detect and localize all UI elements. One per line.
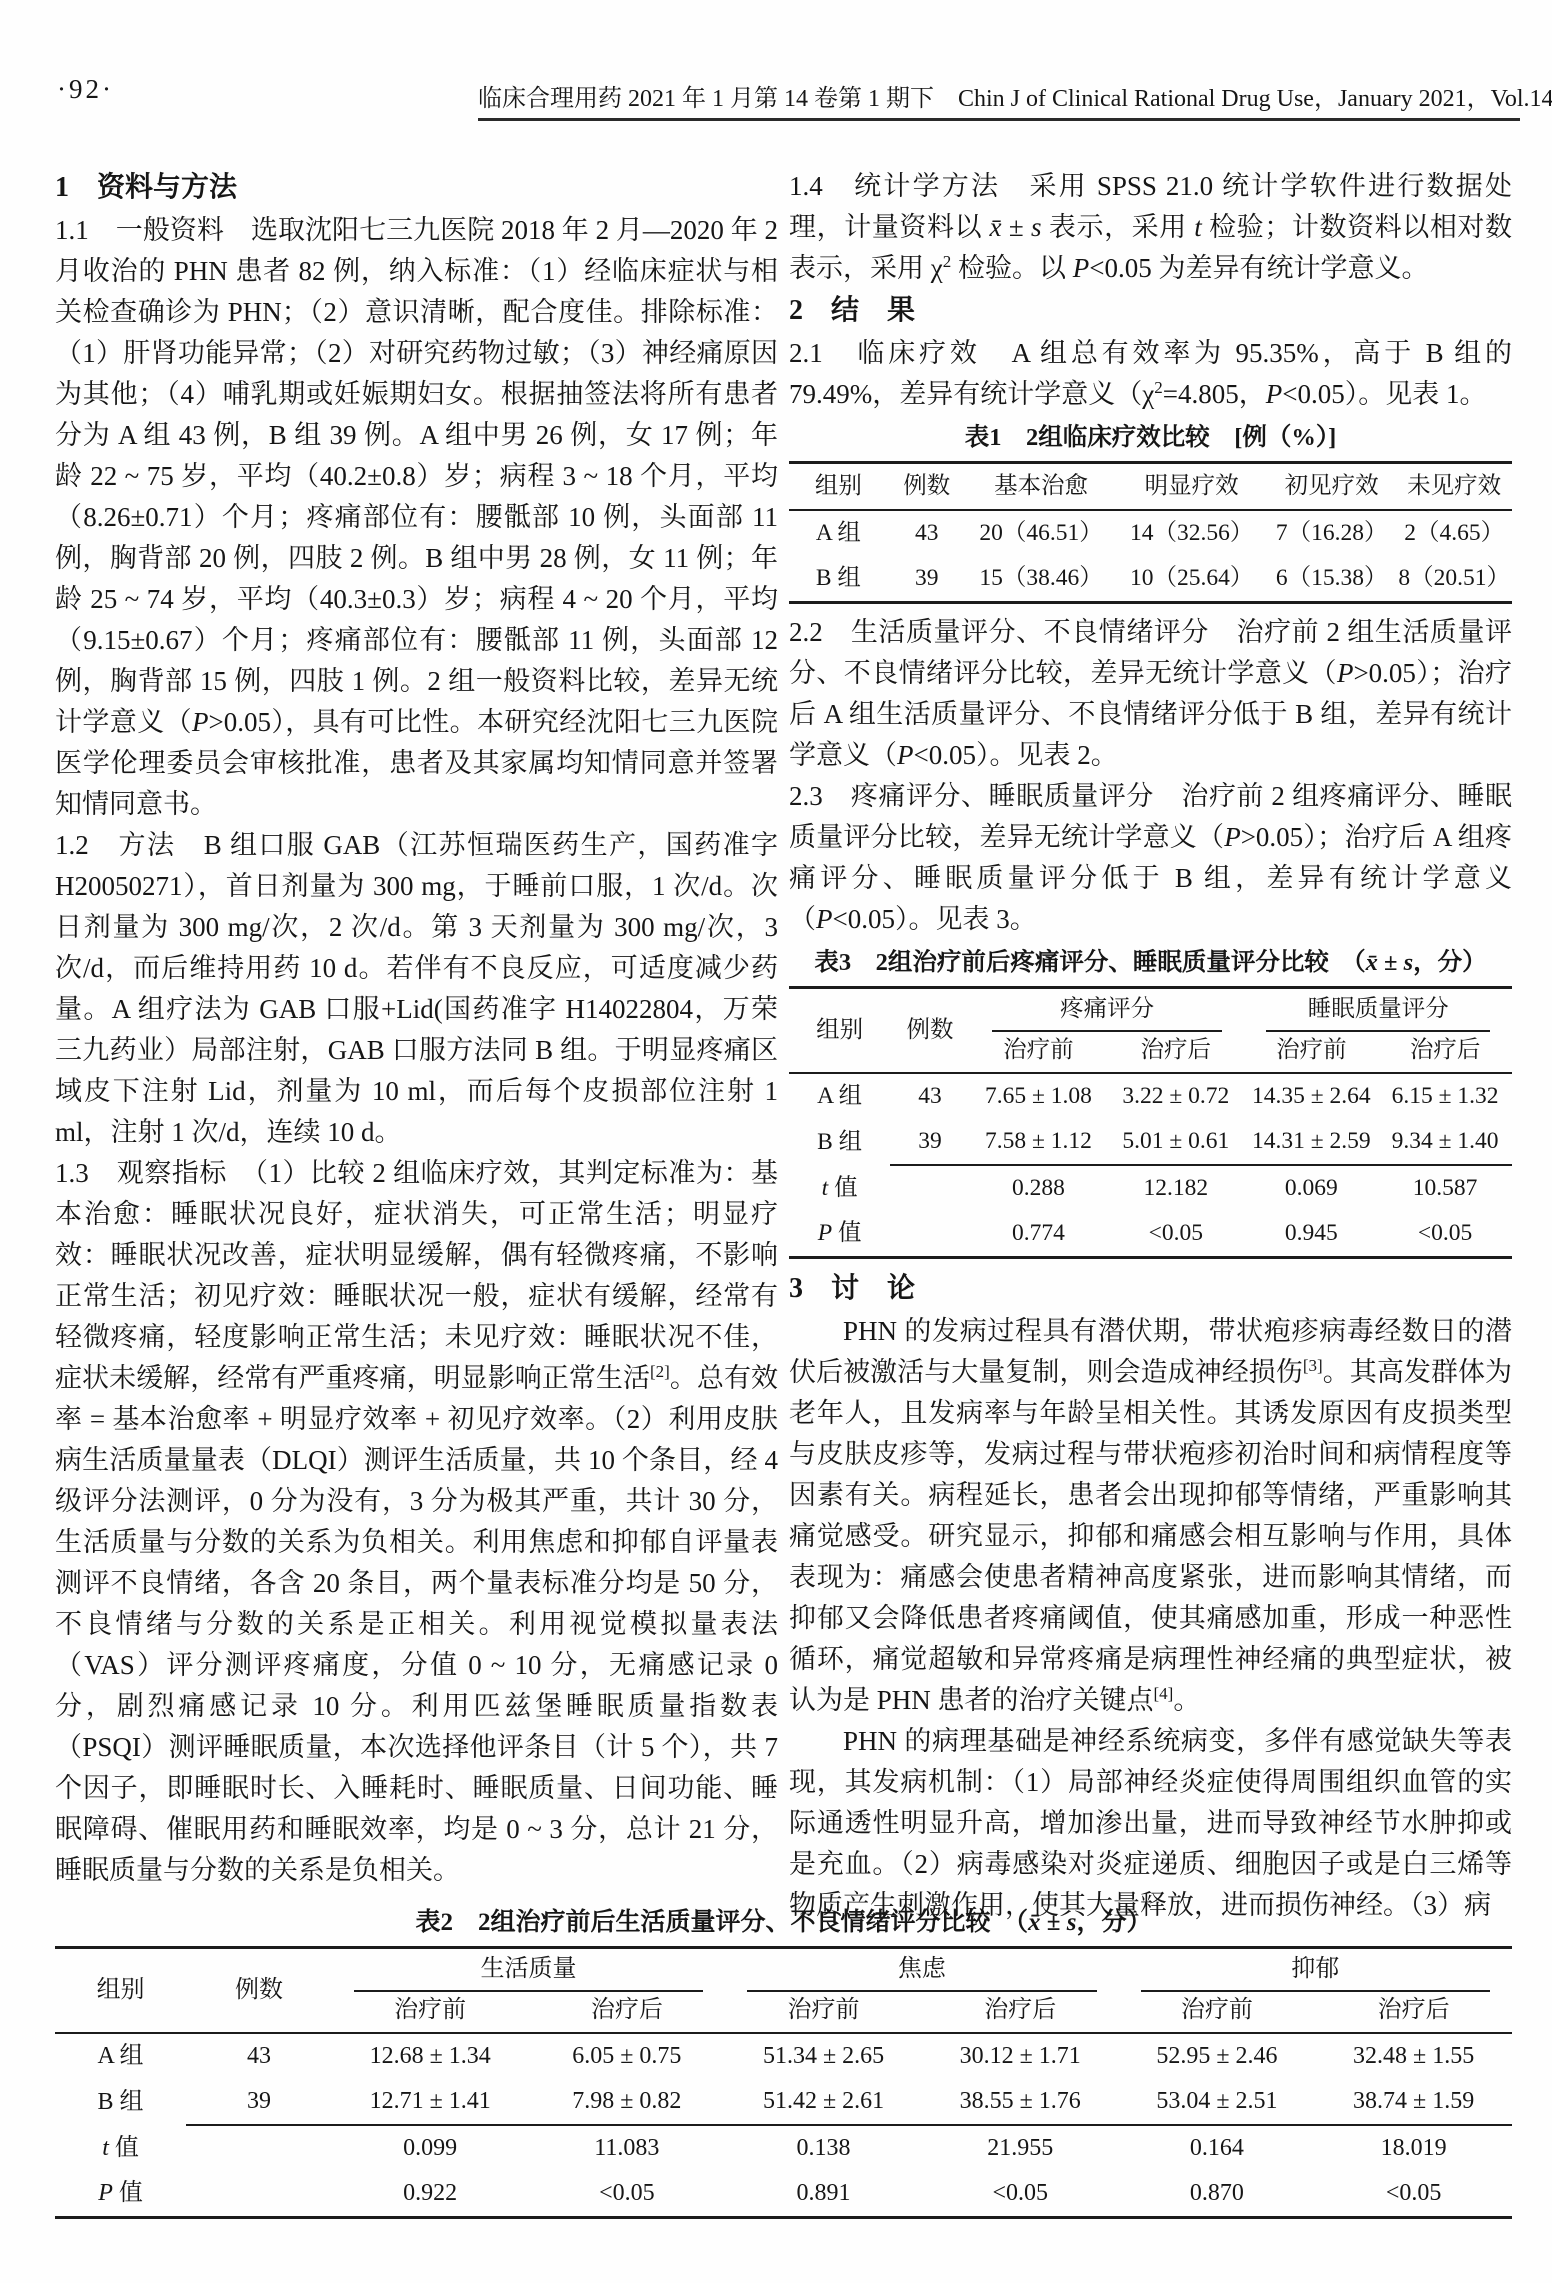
table-cell: A 组	[789, 510, 888, 556]
table-cell: 2（4.65）	[1396, 510, 1512, 556]
table-cell: 39	[186, 2079, 332, 2125]
table-cell: 30.12 ± 1.71	[922, 2033, 1119, 2079]
table-cell: 20（46.51）	[966, 510, 1117, 556]
table-cell	[890, 1211, 970, 1258]
p-value-row: P 值 0.922 <0.05 0.891 <0.05 0.870 <0.05	[55, 2171, 1512, 2218]
table-cell: 8（20.51）	[1396, 556, 1512, 603]
table-1-clinical-efficacy: 组别 例数 基本治愈 明显疗效 初见疗效 未见疗效 A 组 43 20（46.5…	[789, 461, 1512, 604]
table-cell: 7.65 ± 1.08	[970, 1073, 1107, 1119]
table-cell: 14（32.56）	[1116, 510, 1267, 556]
left-column: 1 资料与方法 1.1 一般资料 选取沈阳七三九医院 2018 年 2 月—20…	[55, 166, 778, 1891]
column-header: 例数	[888, 463, 966, 511]
table-cell: 38.55 ± 1.76	[922, 2079, 1119, 2125]
journal-page: ·92· 临床合理用药 2021 年 1 月第 14 卷第 1 期下 Chin …	[0, 0, 1552, 2283]
table-cell: 11.083	[529, 2125, 726, 2171]
table-1-header-row: 组别 例数 基本治愈 明显疗效 初见疗效 未见疗效	[789, 463, 1512, 511]
table-cell	[890, 1165, 970, 1211]
table-cell: 43	[888, 510, 966, 556]
journal-running-head: 临床合理用药 2021 年 1 月第 14 卷第 1 期下 Chin J of …	[478, 78, 1520, 113]
stat-label: P 值	[55, 2171, 186, 2218]
table-cell: 0.774	[970, 1211, 1107, 1258]
table-cell: 39	[888, 556, 966, 603]
table-row: B 组 39 7.58 ± 1.12 5.01 ± 0.61 14.31 ± 2…	[789, 1119, 1512, 1165]
header-rule	[478, 118, 1520, 121]
table-cell: <0.05	[1315, 2171, 1512, 2218]
right-column: 1.4 统计学方法 采用 SPSS 21.0 统计学软件进行数据处理，计量资料以…	[789, 166, 1512, 1926]
table-1-title: 表1 2组临床疗效比较 [例（%）]	[789, 421, 1512, 454]
table-cell: 12.71 ± 1.41	[332, 2079, 529, 2125]
table-cell: 32.48 ± 1.55	[1315, 2033, 1512, 2079]
table-cell: 3.22 ± 0.72	[1107, 1073, 1244, 1119]
stat-label: t 值	[55, 2125, 186, 2171]
table-cell: 6.15 ± 1.32	[1378, 1073, 1512, 1119]
column-header: 治疗后	[922, 1992, 1119, 2033]
table-cell	[186, 2125, 332, 2171]
table-3-block: 表3 2组治疗前后疼痛评分、睡眠质量评分比较 （x̄ ± s，分） 组别 例数 …	[789, 946, 1512, 1259]
column-header: 例数	[890, 988, 970, 1074]
table-cell: B 组	[55, 2079, 186, 2125]
paragraph-2-1-clinical-efficacy: 2.1 临床疗效 A 组总有效率为 95.35%，高于 B 组的 79.49%，…	[789, 333, 1512, 415]
table-cell: <0.05	[1107, 1211, 1244, 1258]
table-cell: 51.34 ± 2.65	[725, 2033, 922, 2079]
column-header: 基本治愈	[966, 463, 1117, 511]
column-group-header: 生活质量	[332, 1948, 725, 1993]
table-cell: 0.891	[725, 2171, 922, 2218]
table-cell: 7（16.28）	[1267, 510, 1396, 556]
section-2-heading: 2 结 果	[789, 289, 1512, 333]
table-cell: 43	[186, 2033, 332, 2079]
column-header: 治疗后	[1315, 1992, 1512, 2033]
column-header: 组别	[55, 1948, 186, 2034]
table-cell: <0.05	[1378, 1211, 1512, 1258]
table-cell: 38.74 ± 1.59	[1315, 2079, 1512, 2125]
column-header: 治疗后	[1378, 1032, 1512, 1073]
table-cell: A 组	[55, 2033, 186, 2079]
column-header: 明显疗效	[1116, 463, 1267, 511]
paragraph-1-3-observation-indicators: 1.3 观察指标 （1）比较 2 组临床疗效，其判定标准为：基本治愈：睡眠状况良…	[55, 1153, 778, 1891]
t-value-row: t 值 0.099 11.083 0.138 21.955 0.164 18.0…	[55, 2125, 1512, 2171]
table-2-title: 表2 2组治疗前后生活质量评分、不良情绪评分比较 （x̄ ± s，分）	[55, 1906, 1512, 1939]
table-cell: 10.587	[1378, 1165, 1512, 1211]
column-group-header: 疼痛评分	[970, 988, 1245, 1033]
table-cell: 15（38.46）	[966, 556, 1117, 603]
column-header: 治疗前	[1119, 1992, 1316, 2033]
table-cell: <0.05	[529, 2171, 726, 2218]
table-cell: 0.945	[1244, 1211, 1378, 1258]
column-header: 组别	[789, 463, 888, 511]
p-value-row: P 值 0.774 <0.05 0.945 <0.05	[789, 1211, 1512, 1258]
table-cell: B 组	[789, 1119, 890, 1165]
column-group-header: 抑郁	[1119, 1948, 1512, 1993]
table-cell: 12.68 ± 1.34	[332, 2033, 529, 2079]
table-cell: 0.288	[970, 1165, 1107, 1211]
table-row: A 组 43 12.68 ± 1.34 6.05 ± 0.75 51.34 ± …	[55, 2033, 1512, 2079]
column-header: 治疗后	[529, 1992, 726, 2033]
page-number: ·92·	[57, 74, 114, 105]
table-cell: 21.955	[922, 2125, 1119, 2171]
table-cell: 0.164	[1119, 2125, 1316, 2171]
table-cell: 7.58 ± 1.12	[970, 1119, 1107, 1165]
table-cell: 6（15.38）	[1267, 556, 1396, 603]
paragraph-1-2-methods: 1.2 方法 B 组口服 GAB（江苏恒瑞医药生产，国药准字 H20050271…	[55, 825, 778, 1153]
column-header: 治疗前	[1244, 1032, 1378, 1073]
table-cell: <0.05	[922, 2171, 1119, 2218]
table-cell: B 组	[789, 556, 888, 603]
table-3-pain-sleep-scores: 组别 例数 疼痛评分 睡眠质量评分 治疗前 治疗后 治疗前 治疗后 A 组	[789, 986, 1512, 1259]
column-header: 未见疗效	[1396, 463, 1512, 511]
column-header: 治疗前	[725, 1992, 922, 2033]
table-cell: 9.34 ± 1.40	[1378, 1119, 1512, 1165]
table-row: A 组 43 20（46.51） 14（32.56） 7（16.28） 2（4.…	[789, 510, 1512, 556]
table-3-header-row-1: 组别 例数 疼痛评分 睡眠质量评分	[789, 988, 1512, 1033]
column-header: 治疗后	[1107, 1032, 1244, 1073]
paragraph-1-4-statistics: 1.4 统计学方法 采用 SPSS 21.0 统计学软件进行数据处理，计量资料以…	[789, 166, 1512, 289]
column-header: 例数	[186, 1948, 332, 2034]
table-row: B 组 39 12.71 ± 1.41 7.98 ± 0.82 51.42 ± …	[55, 2079, 1512, 2125]
section-3-heading: 3 讨 论	[789, 1267, 1512, 1311]
table-cell: 14.35 ± 2.64	[1244, 1073, 1378, 1119]
table-cell	[186, 2171, 332, 2218]
table-row: A 组 43 7.65 ± 1.08 3.22 ± 0.72 14.35 ± 2…	[789, 1073, 1512, 1119]
table-row: B 组 39 15（38.46） 10（25.64） 6（15.38） 8（20…	[789, 556, 1512, 603]
table-2-block: 表2 2组治疗前后生活质量评分、不良情绪评分比较 （x̄ ± s，分） 组别 例…	[55, 1906, 1512, 2219]
table-cell: 6.05 ± 0.75	[529, 2033, 726, 2079]
table-cell: 0.138	[725, 2125, 922, 2171]
stat-label: t 值	[789, 1165, 890, 1211]
discussion-paragraph-2: PHN 的病理基础是神经系统病变，多伴有感觉缺失等表现，其发病机制：（1）局部神…	[789, 1721, 1512, 1926]
table-2-qol-emotion-scores: 组别 例数 生活质量 焦虑 抑郁 治疗前 治疗后 治疗前 治疗后 治疗前 治疗后	[55, 1946, 1512, 2219]
table-cell: 0.870	[1119, 2171, 1316, 2218]
paragraph-2-3-pain-sleep: 2.3 疼痛评分、睡眠质量评分 治疗前 2 组疼痛评分、睡眠质量评分比较，差异无…	[789, 776, 1512, 940]
table-cell: 14.31 ± 2.59	[1244, 1119, 1378, 1165]
table-cell: 43	[890, 1073, 970, 1119]
table-cell: 53.04 ± 2.51	[1119, 2079, 1316, 2125]
column-group-header: 焦虑	[725, 1948, 1118, 1993]
table-cell: 10（25.64）	[1116, 556, 1267, 603]
paragraph-1-1-general-data: 1.1 一般资料 选取沈阳七三九医院 2018 年 2 月—2020 年 2 月…	[55, 210, 778, 825]
table-cell: 0.922	[332, 2171, 529, 2218]
table-1-block: 表1 2组临床疗效比较 [例（%）] 组别 例数 基本治愈 明显疗效 初见疗效 …	[789, 421, 1512, 604]
table-cell: 52.95 ± 2.46	[1119, 2033, 1316, 2079]
discussion-paragraph-1: PHN 的发病过程具有潜伏期，带状疱疹病毒经数日的潜伏后被激活与大量复制，则会造…	[789, 1311, 1512, 1721]
section-1-heading: 1 资料与方法	[55, 166, 778, 210]
table-cell: 39	[890, 1119, 970, 1165]
table-cell: 12.182	[1107, 1165, 1244, 1211]
column-header: 治疗前	[332, 1992, 529, 2033]
table-cell: 7.98 ± 0.82	[529, 2079, 726, 2125]
table-cell: 0.099	[332, 2125, 529, 2171]
table-cell: 51.42 ± 2.61	[725, 2079, 922, 2125]
column-header: 治疗前	[970, 1032, 1107, 1073]
t-value-row: t 值 0.288 12.182 0.069 10.587	[789, 1165, 1512, 1211]
column-group-header: 睡眠质量评分	[1244, 988, 1512, 1033]
table-cell: 0.069	[1244, 1165, 1378, 1211]
paragraph-2-2-qol-emotion: 2.2 生活质量评分、不良情绪评分 治疗前 2 组生活质量评分、不良情绪评分比较…	[789, 612, 1512, 776]
table-cell: 5.01 ± 0.61	[1107, 1119, 1244, 1165]
table-3-title: 表3 2组治疗前后疼痛评分、睡眠质量评分比较 （x̄ ± s，分）	[789, 946, 1512, 979]
column-header: 组别	[789, 988, 890, 1074]
table-2-header-row-1: 组别 例数 生活质量 焦虑 抑郁	[55, 1948, 1512, 1993]
table-cell: A 组	[789, 1073, 890, 1119]
column-header: 初见疗效	[1267, 463, 1396, 511]
stat-label: P 值	[789, 1211, 890, 1258]
table-cell: 18.019	[1315, 2125, 1512, 2171]
